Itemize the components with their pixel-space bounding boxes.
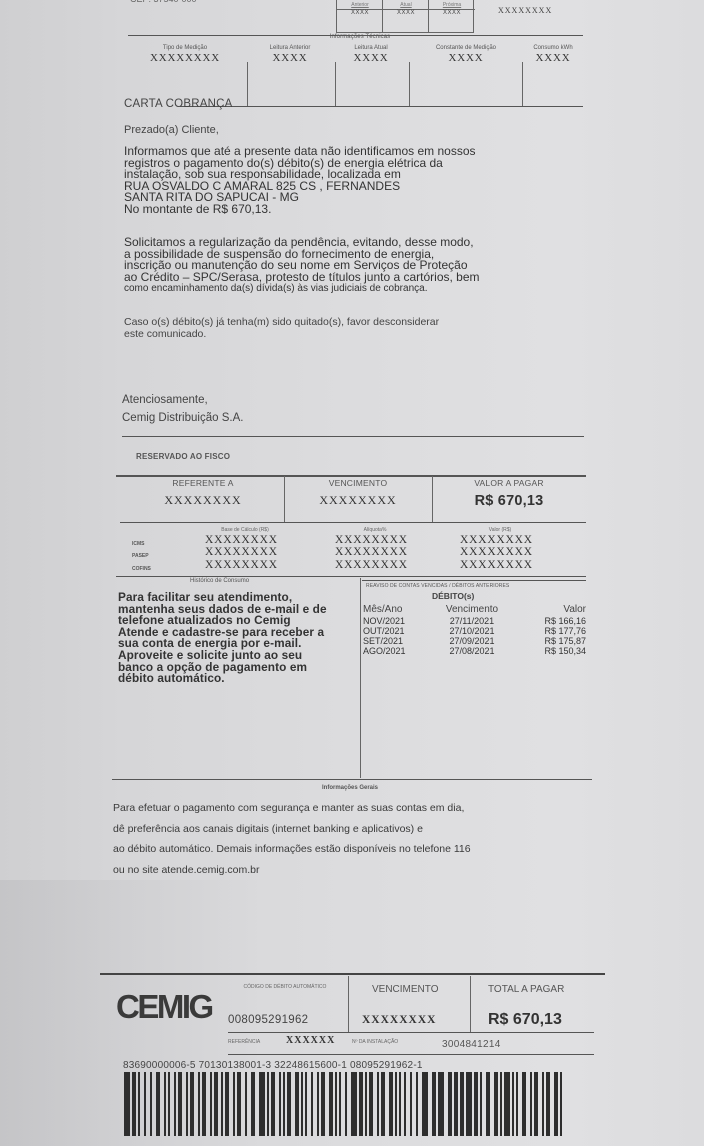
text-line: dê preferência aos canais digitais (inte…	[113, 819, 603, 840]
tech-col-consumption: Consumo kWh XXXX	[522, 45, 584, 64]
cemig-logo: CEMIG	[116, 988, 212, 1026]
tech-label: Leitura Anterior	[250, 45, 330, 51]
divider	[122, 436, 584, 437]
meter-date-value: XXXX	[337, 9, 383, 16]
divider	[348, 976, 349, 1032]
row-month: SET/2021	[363, 636, 431, 646]
meter-date-previous: Anterior XXXX	[337, 2, 383, 16]
text-line: como encaminhamento da(s) dívida(s) às v…	[124, 283, 594, 295]
divider	[116, 475, 586, 477]
divider	[120, 522, 586, 523]
tech-col-measurement-type: Tipo de Medição XXXXXXXX	[130, 45, 240, 64]
tech-value: XXXX	[336, 52, 406, 64]
text-line: este comunicado.	[124, 328, 594, 340]
col-due: Vencimento	[431, 605, 513, 616]
tax-header-base: Base de Cálculo (R$)	[200, 527, 290, 533]
overdue-title: REAVISO DE CONTAS VENCIDAS / DÉBITOS ANT…	[366, 583, 509, 589]
letter-paragraph-2: Solicitamos a regularização da pendência…	[124, 237, 594, 295]
text-line: Caso o(s) débito(s) já tenha(m) sido qui…	[124, 316, 594, 328]
signature: Cemig Distribuição S.A.	[122, 409, 243, 427]
tax-value: XXXXXXXX	[460, 547, 533, 558]
row-due: 27/10/2021	[431, 626, 513, 636]
summary-reference: REFERENTE A XXXXXXXX	[128, 478, 278, 508]
summary-amount-value: R$ 670,13	[434, 493, 584, 509]
row-value: R$ 177,76	[513, 626, 588, 636]
divider	[470, 976, 471, 1032]
tax-rate: XXXXXXXX	[335, 547, 408, 558]
stub-total-value: R$ 670,13	[488, 1011, 562, 1029]
tech-col-measurement-constant: Constante de Medição XXXX	[414, 45, 518, 64]
cep-text: CEP: 37540-000	[130, 0, 197, 4]
summary-label: VENCIMENTO	[286, 478, 430, 488]
tax-value: XXXXXXXX	[460, 560, 533, 571]
closing-text: Atenciosamente,	[122, 391, 243, 409]
overdue-table: Mês/Ano Vencimento Valor NOV/2021 27/11/…	[363, 605, 588, 656]
divider	[522, 62, 523, 106]
text-line: débito automático.	[118, 673, 356, 685]
tax-base: XXXXXXXX	[205, 535, 278, 546]
row-month: NOV/2021	[363, 616, 431, 626]
summary-label: REFERENTE A	[128, 478, 278, 488]
meter-date-label: Atual	[383, 2, 429, 8]
row-due: 27/11/2021	[431, 616, 513, 626]
col-month: Mês/Ano	[363, 605, 431, 616]
text-line: ao Crédito – SPC/Serasa, protesto de tít…	[124, 272, 594, 284]
tech-value: XXXX	[250, 52, 330, 64]
reference-value: XXXXXX	[286, 1035, 335, 1046]
auto-debit-label: CÓDIGO DE DÉBITO AUTOMÁTICO	[240, 984, 330, 990]
meter-date-current: Atual XXXX	[383, 2, 429, 16]
installation-number: 3004841214	[442, 1039, 501, 1050]
divider	[116, 576, 586, 577]
installation-label: Nº DA INSTALAÇÃO	[352, 1039, 398, 1045]
barcode-gap	[562, 1072, 564, 1136]
barcode	[124, 1072, 564, 1136]
divider	[180, 106, 583, 107]
top-right-value: XXXXXXXX	[498, 6, 552, 15]
tech-label: Tipo de Medição	[130, 45, 240, 51]
tech-value: XXXX	[522, 52, 584, 64]
table-row: NOV/2021 27/11/2021 R$ 166,16	[363, 616, 588, 626]
summary-value: XXXXXXXX	[286, 493, 430, 508]
summary-value: XXXXXXXX	[128, 493, 278, 508]
tech-label: Leitura Atual	[336, 45, 406, 51]
tax-rate: XXXXXXXX	[335, 535, 408, 546]
summary-due-date: VENCIMENTO XXXXXXXX	[286, 478, 430, 508]
divider	[428, 0, 429, 33]
tech-col-previous-reading: Leitura Anterior XXXX	[250, 45, 330, 64]
letter-closing: Atenciosamente, Cemig Distribuição S.A.	[122, 391, 243, 427]
text-line: Para efetuar o pagamento com segurança e…	[113, 798, 603, 819]
meter-date-label: Próxima	[429, 2, 475, 8]
tax-name: ICMS	[132, 541, 145, 547]
tax-header-rate: Alíquota%	[330, 527, 420, 533]
tax-base: XXXXXXXX	[205, 560, 278, 571]
stub-due-value: XXXXXXXX	[362, 1014, 436, 1026]
meter-date-label: Anterior	[337, 2, 383, 8]
amount-line: No montante de R$ 670,13.	[124, 204, 594, 216]
summary-label: VALOR A PAGAR	[434, 478, 584, 488]
row-due: 27/09/2021	[431, 636, 513, 646]
meter-date-next: Próxima XXXX	[429, 2, 475, 16]
table-row: SET/2021 27/09/2021 R$ 175,87	[363, 636, 588, 646]
tax-name: COFINS	[132, 566, 151, 572]
general-info-title: Informações Gerais	[300, 785, 400, 791]
fisco-reserved-label: RESERVADO AO FISCO	[136, 452, 230, 461]
tech-col-current-reading: Leitura Atual XXXX	[336, 45, 406, 64]
auto-debit-code: 008095291962	[228, 1014, 308, 1026]
divider	[382, 0, 383, 33]
meter-dates-table: Anterior XXXX Atual XXXX Próxima XXXX	[336, 0, 474, 33]
table-row: OUT/2021 27/10/2021 R$ 177,76	[363, 626, 588, 636]
meter-date-value: XXXX	[383, 9, 429, 16]
stub-total-label: TOTAL A PAGAR	[488, 984, 564, 995]
history-message: Para facilitar seu atendimento, mantenha…	[118, 592, 356, 685]
letter-salutation: Prezado(a) Cliente,	[124, 124, 219, 136]
divider	[228, 1054, 594, 1055]
divider	[228, 1032, 594, 1033]
overdue-header-row: Mês/Ano Vencimento Valor	[363, 605, 588, 616]
table-row: AGO/2021 27/08/2021 R$ 150,34	[363, 646, 588, 656]
divider	[432, 476, 433, 522]
stub-cut-line	[100, 973, 605, 975]
row-due: 27/08/2021	[431, 646, 513, 656]
technical-info-title: Informações Técnicas	[300, 34, 420, 40]
divider	[247, 62, 248, 106]
divider	[409, 62, 410, 106]
letter-paragraph-3: Caso o(s) débito(s) já tenha(m) sido qui…	[124, 316, 594, 340]
tax-name: PASEP	[132, 553, 149, 559]
tax-value: XXXXXXXX	[460, 535, 533, 546]
tech-label: Consumo kWh	[522, 45, 584, 51]
text-line: ao débito automático. Demais informações…	[113, 839, 603, 860]
tech-value: XXXX	[414, 52, 518, 64]
tax-rate: XXXXXXXX	[335, 560, 408, 571]
summary-amount: VALOR A PAGAR R$ 670,13	[434, 478, 584, 509]
meter-date-value: XXXX	[429, 9, 475, 16]
divider	[284, 476, 285, 522]
overdue-subtitle: DÉBITO(s)	[432, 591, 474, 601]
letter-title: CARTA COBRANÇA	[124, 98, 232, 110]
cemig-collection-letter: CEP: 37540-000 Anterior XXXX Atual XXXX …	[0, 0, 704, 1146]
tech-value: XXXXXXXX	[130, 52, 240, 64]
tech-label: Constante de Medição	[414, 45, 518, 51]
row-month: OUT/2021	[363, 626, 431, 636]
divider	[362, 580, 586, 581]
letter-paragraph-1: Informamos que até a presente data não i…	[124, 146, 594, 215]
tax-header-value: Valor (R$)	[455, 527, 545, 533]
stub-due-label: VENCIMENTO	[372, 984, 439, 995]
divider	[112, 779, 592, 780]
divider	[360, 578, 361, 778]
barcode-digits: 83690000006-5 70130138001-3 32248615600-…	[123, 1060, 423, 1071]
row-month: AGO/2021	[363, 646, 431, 656]
divider	[335, 62, 336, 106]
row-value: R$ 150,34	[513, 646, 588, 656]
general-info-text: Para efetuar o pagamento com segurança e…	[113, 798, 603, 880]
row-value: R$ 166,16	[513, 616, 588, 626]
col-value: Valor	[513, 605, 588, 616]
reference-label: REFERÊNCIA	[228, 1039, 260, 1045]
row-value: R$ 175,87	[513, 636, 588, 646]
text-line: ou no site atende.cemig.com.br	[113, 860, 603, 881]
history-title: Histórico de Consumo	[190, 578, 249, 584]
tax-base: XXXXXXXX	[205, 547, 278, 558]
